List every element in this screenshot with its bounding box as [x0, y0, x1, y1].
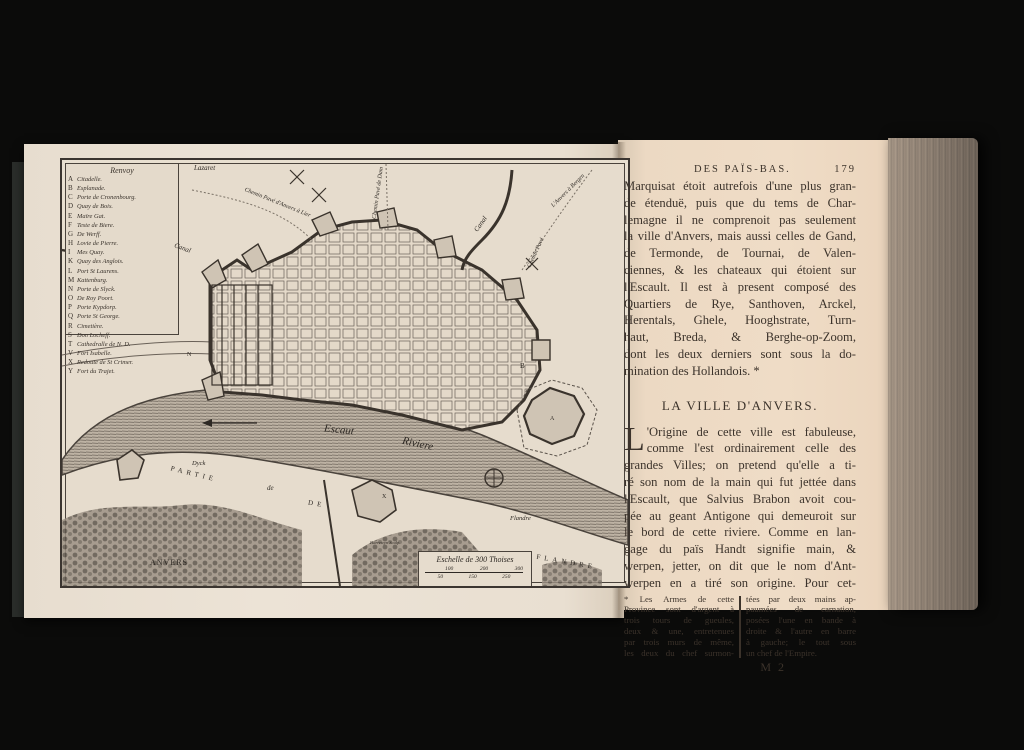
legend-item: EMaïre Gat. [68, 212, 178, 221]
legend-item: SDon Locheff. [68, 331, 178, 340]
map-cartouche-anvers: ANVERS [150, 558, 188, 567]
text-line: de Termonde, de Tournai, de Valen- [624, 245, 856, 262]
paragraph-marquisat: Marquisat étoit autrefois d'une plus gra… [624, 178, 856, 380]
legend-item: DQuay de Bois. [68, 202, 178, 211]
scale-bottom-ticks: 50 150 250 [425, 574, 523, 580]
footnote-line: les deux du chef surmon- [624, 648, 734, 659]
page-fore-edge [888, 138, 978, 610]
legend-item: MKattenburg. [68, 276, 178, 285]
map-scale: Eschelle de 300 Thoises 100 200 300 50 1… [418, 551, 532, 587]
scale-tick: 250 [502, 574, 510, 580]
legend-item: KQuay des Anglois. [68, 257, 178, 266]
text-line: le bord de cette riviere. Comme en lan- [624, 524, 856, 541]
text-line: lemagne il ne comprenoit pas seulement [624, 212, 856, 229]
map-engraver-signature: Harrewyn Sculp. [370, 540, 400, 545]
footnote: * Les Armes de cette Province sont d'arg… [624, 594, 856, 659]
legend-item: GDe Werff. [68, 230, 178, 239]
map-mark-b: B [520, 362, 525, 370]
city-map-antwerp: Renvoy ACitadelle. BEsplanade. CPorte de… [60, 158, 630, 588]
legend-item: LPort St Laurens. [68, 267, 178, 276]
map-legend: Renvoy ACitadelle. BEsplanade. CPorte de… [65, 163, 179, 335]
legend-title: Renvoy [66, 166, 178, 175]
map-label-lazaret: Lazaret [194, 164, 215, 172]
footnote-line: Province sont d'argent à [624, 604, 734, 615]
legend-item: QPorte St George. [68, 312, 178, 321]
footnote-line: trois tours de gueules, [624, 615, 734, 626]
legend-item: YFort du Trajet. [68, 367, 178, 376]
map-label-flandre-small: Flandre [510, 515, 531, 522]
text-line: l'Escault, que Salvius Brabon avoit cou- [624, 491, 856, 508]
map-mark-x: X [382, 494, 386, 500]
signature-mark: M 2 [624, 660, 786, 675]
text-line: l'Escault. Il est à present composé des [624, 279, 856, 296]
legend-item: NPorte de Slyck. [68, 285, 178, 294]
page-number: 179 [834, 164, 856, 178]
drop-cap: L [624, 426, 645, 454]
footnote-line: à gauche; le tout sous [746, 637, 856, 648]
footnote-left-column: * Les Armes de cette Province sont d'arg… [624, 594, 734, 659]
text-line: ciennes, & les chateaux qui étoient sur [624, 262, 856, 279]
footnote-line: * Les Armes de cette [624, 594, 734, 605]
running-head-title: DES PAÏS-BAS. [694, 164, 791, 178]
text-line: 'Origine de cette ville est fabuleuse, [624, 424, 856, 441]
scale-bar [425, 572, 523, 573]
map-mark-n: N [187, 352, 191, 358]
text-line: dont les deux derniers sont sous la do- [624, 346, 856, 363]
legend-item: CPorte de Cronenbourg. [68, 193, 178, 202]
scale-title: Eschelle de 300 Thoises [419, 555, 531, 564]
map-label-de-small: de [267, 484, 274, 492]
legend-list: ACitadelle. BEsplanade. CPorte de Cronen… [66, 175, 178, 376]
legend-item: ODe Roy Poort. [68, 294, 178, 303]
footnote-line: un chef de l'Empire. [746, 648, 856, 659]
footnote-line: posées l'une en bande à [746, 615, 856, 626]
scale-tick: 50 [438, 574, 444, 580]
text-line: de étenduë, puis que du tems de Char- [624, 195, 856, 212]
footnote-line: tées par deux mains ap- [746, 594, 856, 605]
text-line: werpen, jetter, on dit que le nom d'Ant- [624, 558, 856, 575]
text-line: grandes Villes; on pretend qu'elle a ti- [624, 457, 856, 474]
map-label-dyck: Dyck [192, 460, 205, 467]
running-head: DES PAÏS-BAS. 179 [624, 164, 856, 178]
legend-item: RCimetière. [68, 322, 178, 331]
text-line: haut, Breda, & Berghe-op-Zoom, [624, 329, 856, 346]
text-line: gage du païs Handt signifie main, & [624, 541, 856, 558]
section-heading: LA VILLE D'ANVERS. [624, 398, 856, 414]
legend-item: IMes Quay. [68, 248, 178, 257]
footnote-divider [739, 596, 741, 659]
text-line: comme l'est ordinairement celle des [624, 440, 856, 457]
legend-item: XRedoute de St Crimer. [68, 358, 178, 367]
text-line: werpen en a tiré son origine. Pour cet- [624, 575, 856, 592]
footnote-line: paumées de carnation, [746, 604, 856, 615]
text-line: Quartiers de Rye, Santhoven, Arckel, [624, 296, 856, 313]
text-line: mination des Hollandois. * [624, 363, 856, 380]
text-line: la ville d'Anvers, mais aussi celles de … [624, 228, 856, 245]
legend-item: PPorte Kypdorp. [68, 303, 178, 312]
text-line: Herentals, Ghele, Hooghstrate, Turn- [624, 312, 856, 329]
text-line: pée au geant Antigone qui demeuroit sur [624, 508, 856, 525]
legend-item: FTeste de Biere. [68, 221, 178, 230]
legend-item: TCathedralle de N. D. [68, 340, 178, 349]
footnote-line: par trois murs de même, [624, 637, 734, 648]
footnote-line: droite & l'autre en barre [746, 626, 856, 637]
text-line: ré son nom de la main qui fut jettée dan… [624, 474, 856, 491]
legend-item: ACitadelle. [68, 175, 178, 184]
map-mark-a: A [550, 416, 554, 422]
legend-item: VFort Isabelle. [68, 349, 178, 358]
footnote-line: deux & une, entretenues [624, 626, 734, 637]
right-page-text: DES PAÏS-BAS. 179 Marquisat étoit autref… [624, 164, 856, 675]
legend-item: HLovie de Pierre. [68, 239, 178, 248]
open-book: Renvoy ACitadelle. BEsplanade. CPorte de… [0, 0, 1024, 750]
text-line: Marquisat étoit autrefois d'une plus gra… [624, 178, 856, 195]
footnote-right-column: tées par deux mains ap- paumées de carna… [746, 594, 856, 659]
paragraph-origine: L 'Origine de cette ville est fabuleuse,… [624, 424, 856, 592]
scale-tick: 150 [468, 574, 476, 580]
legend-item: BEsplanade. [68, 184, 178, 193]
